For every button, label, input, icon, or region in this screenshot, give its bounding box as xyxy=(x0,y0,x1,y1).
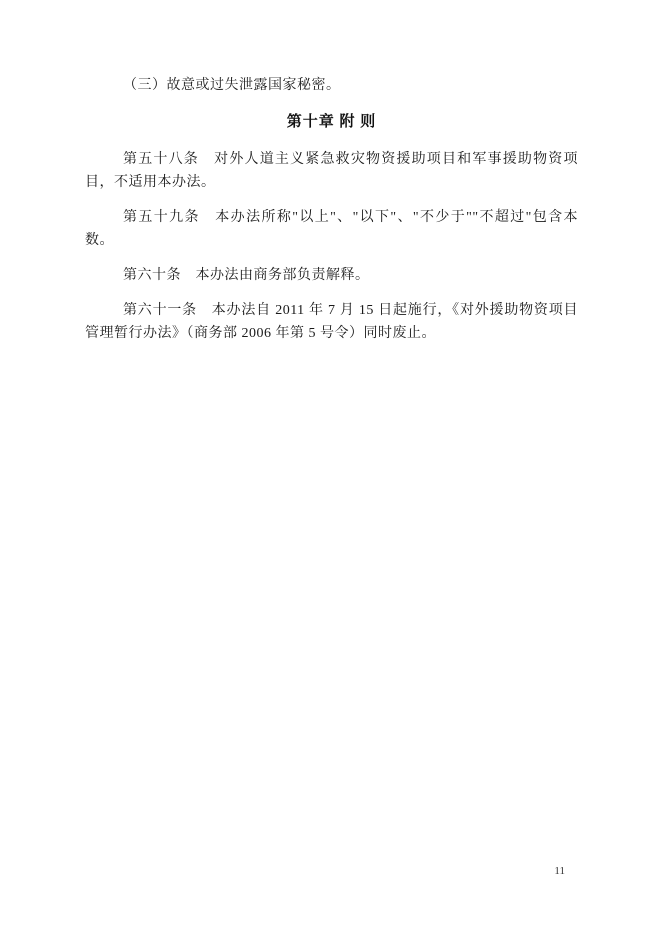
article-58-paragraph: 第五十八条 对外人道主义紧急救灾物资援助项目和军事援助物资项目，不适用本办法。 xyxy=(85,148,578,194)
clause-item-3: （三）故意或过失泄露国家秘密。 xyxy=(85,74,578,97)
chapter-heading: 第十章 附 则 xyxy=(85,111,578,134)
document-page: （三）故意或过失泄露国家秘密。 第十章 附 则 第五十八条 对外人道主义紧急救灾… xyxy=(0,0,661,935)
article-60-paragraph: 第六十条 本办法由商务部负责解释。 xyxy=(85,264,578,287)
article-59-paragraph: 第五十九条 本办法所称"以上"、"以下"、"不少于""不超过"包含本数。 xyxy=(85,206,578,252)
document-content: （三）故意或过失泄露国家秘密。 第十章 附 则 第五十八条 对外人道主义紧急救灾… xyxy=(85,74,578,357)
page-number: 11 xyxy=(554,865,565,878)
article-61-paragraph: 第六十一条 本办法自 2011 年 7 月 15 日起施行，《对外援助物资项目管… xyxy=(85,299,578,345)
